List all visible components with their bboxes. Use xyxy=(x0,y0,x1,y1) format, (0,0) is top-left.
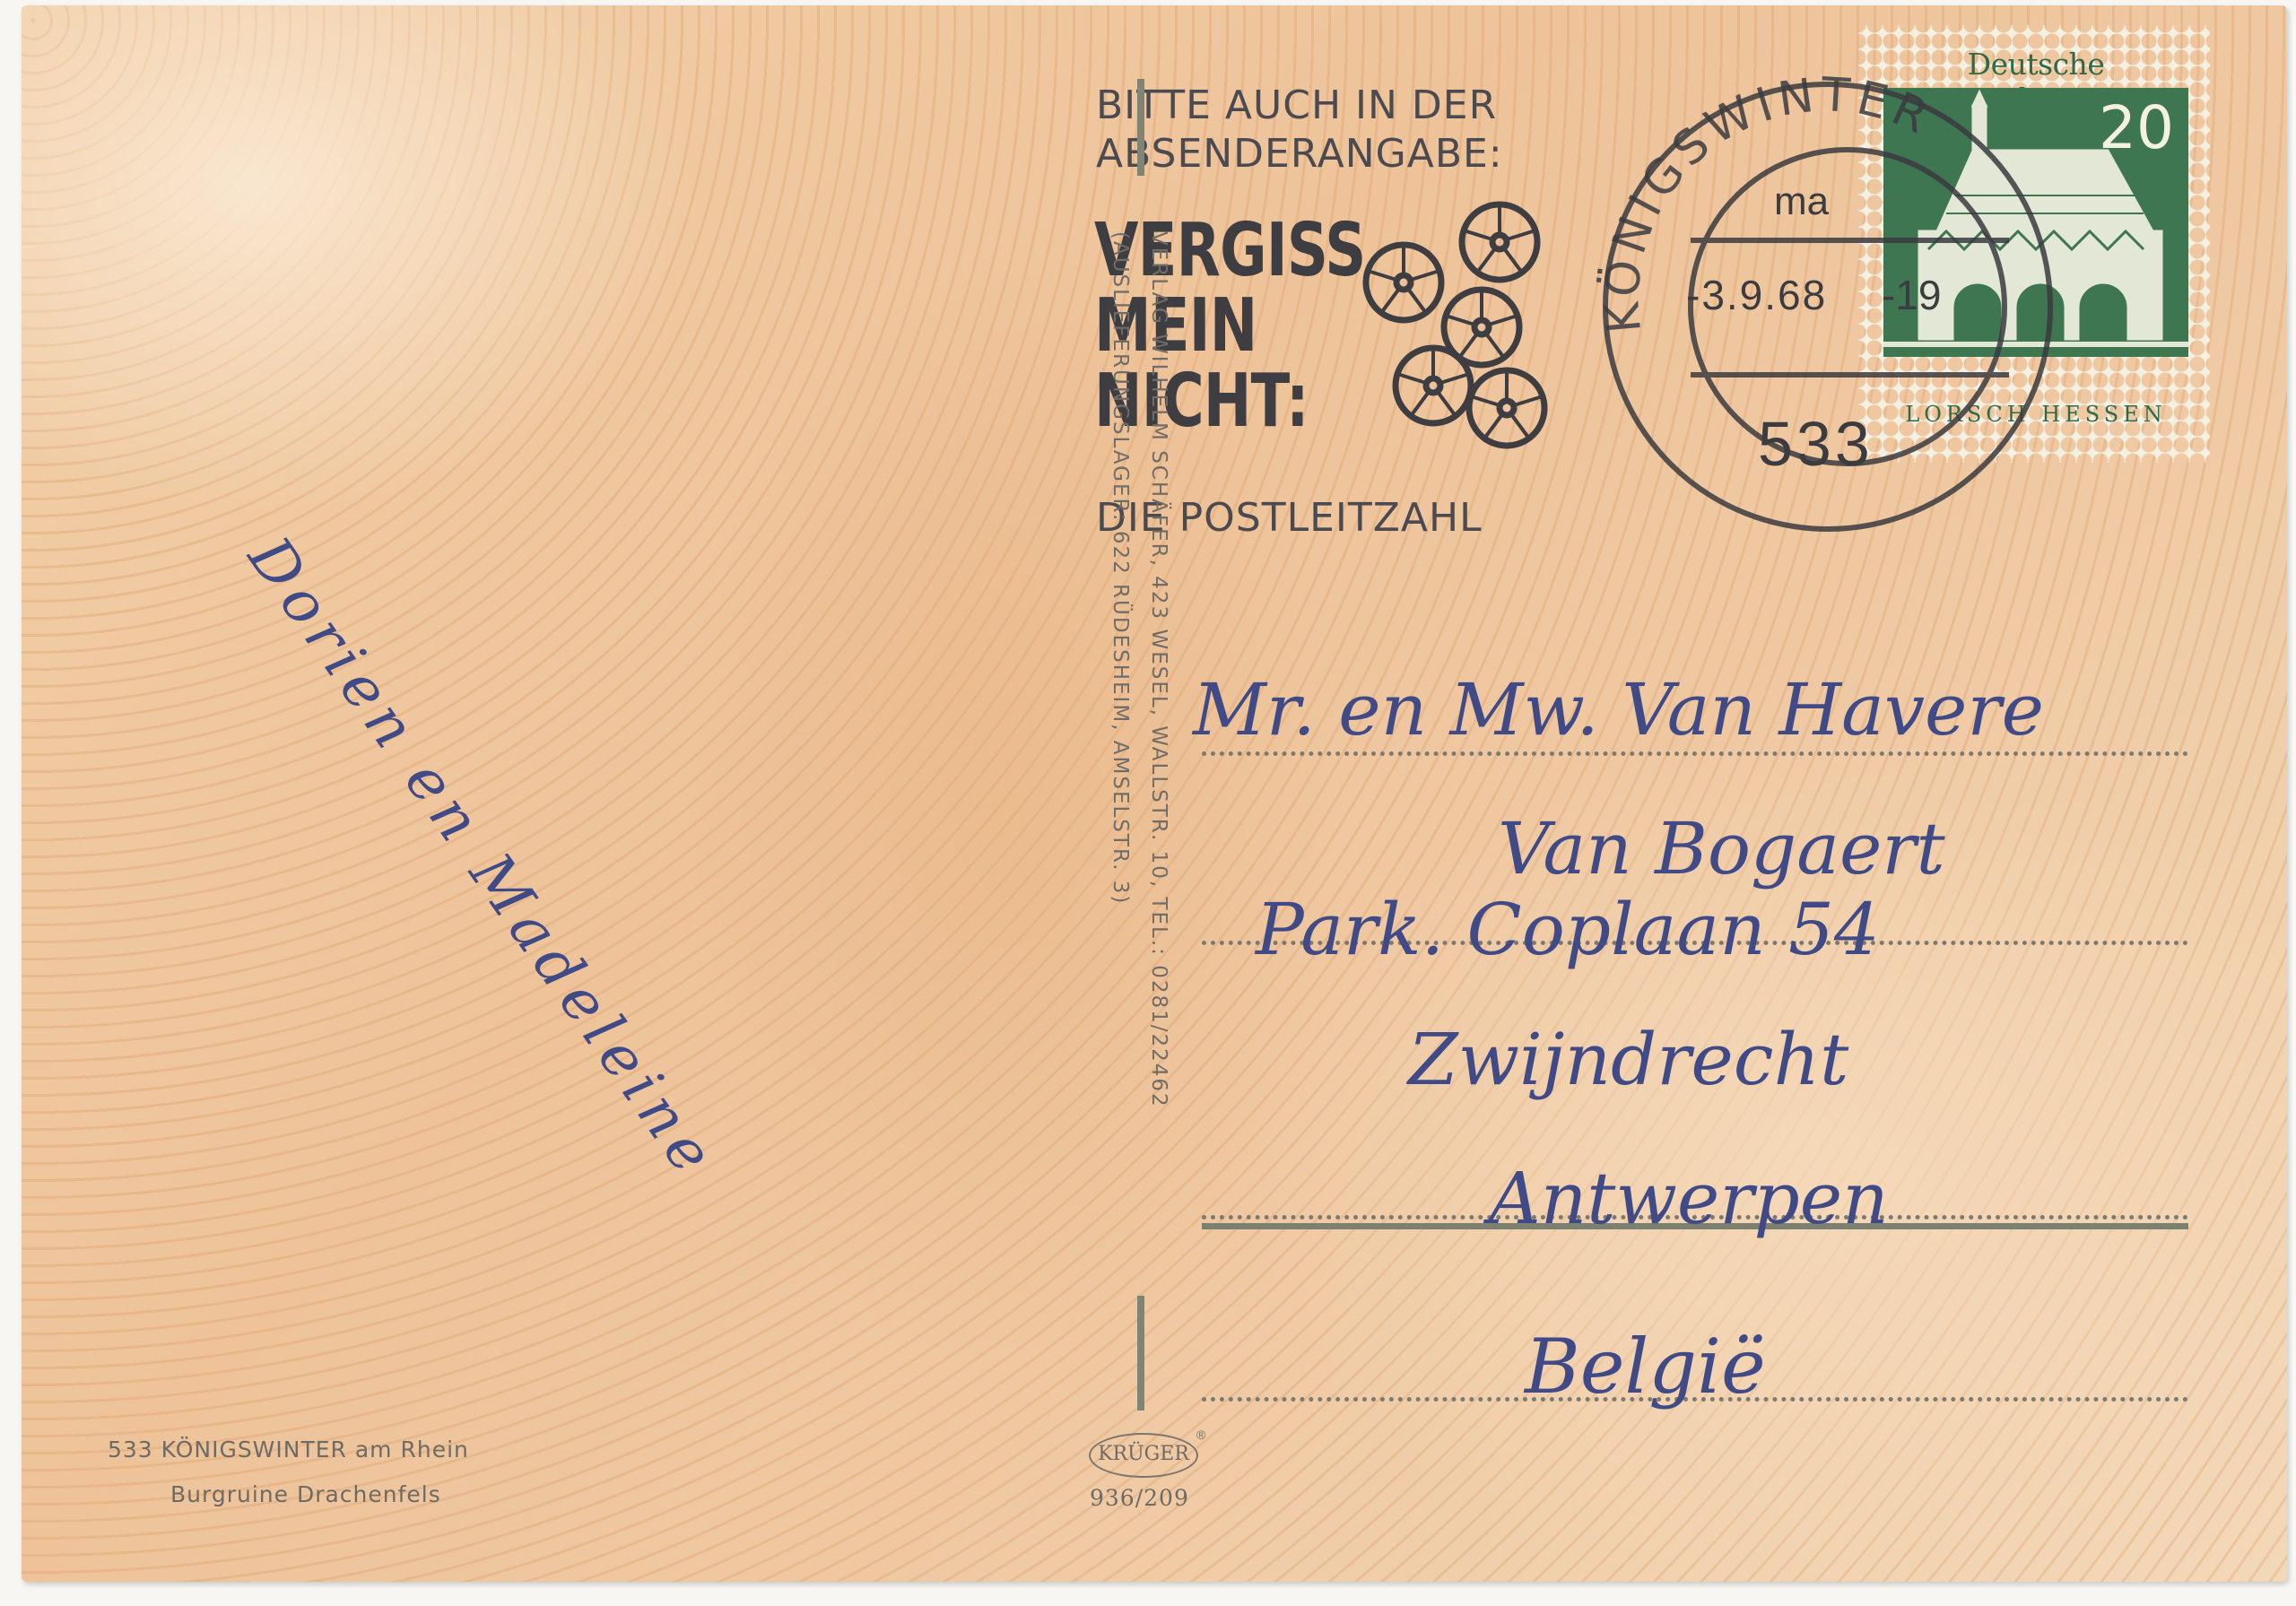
stamp-value: 20 xyxy=(2099,93,2174,162)
postmark-postcode: 533 xyxy=(1758,408,1874,480)
address-dotted-line-1 xyxy=(1202,751,2188,756)
kruger-logo-text: KRÜGER xyxy=(1091,1435,1196,1474)
publisher-line-2: (AUSLIEFERUNGSLAGER: 622 RÜDESHEIM, AMSE… xyxy=(1109,231,1132,905)
address-line-5: Antwerpen xyxy=(1489,1157,1889,1240)
publisher-line-1: VERLAG WILHELM SCHÄFER, 423 WESEL, WALLS… xyxy=(1147,231,1170,1108)
address-line-2: Van Bogaert xyxy=(1498,807,1945,890)
postmark-time: -19 xyxy=(1882,271,1941,319)
center-divider-bottom xyxy=(1137,1296,1144,1411)
slogan-big-1: VERGISS xyxy=(1094,213,1366,289)
slogan-line-1: BITTE AUCH IN DER xyxy=(1096,82,1497,129)
publisher-number: 936/209 xyxy=(1090,1485,1189,1511)
address-line-3: Park. Coplaan 54 xyxy=(1256,888,1880,971)
forget-me-not-flowers-icon xyxy=(1345,193,1561,453)
slogan-line-2: ABSENDERANGABE: xyxy=(1096,131,1503,178)
address-line-4: Zwijndrecht xyxy=(1408,1018,1848,1101)
postmark-date: -3.9.68 xyxy=(1686,271,1827,319)
registered-mark: ® xyxy=(1196,1428,1205,1442)
kruger-logo: KRÜGER xyxy=(1089,1433,1198,1478)
caption-line-1: 533 KÖNIGSWINTER am Rhein xyxy=(108,1437,469,1463)
center-divider-top xyxy=(1137,79,1144,176)
caption-line-2: Burgruine Drachenfels xyxy=(170,1481,441,1507)
address-line-1: Mr. en Mw. Van Havere xyxy=(1193,668,2044,751)
postmark-code: ma xyxy=(1774,179,1829,224)
address-line-6: België xyxy=(1525,1323,1766,1411)
